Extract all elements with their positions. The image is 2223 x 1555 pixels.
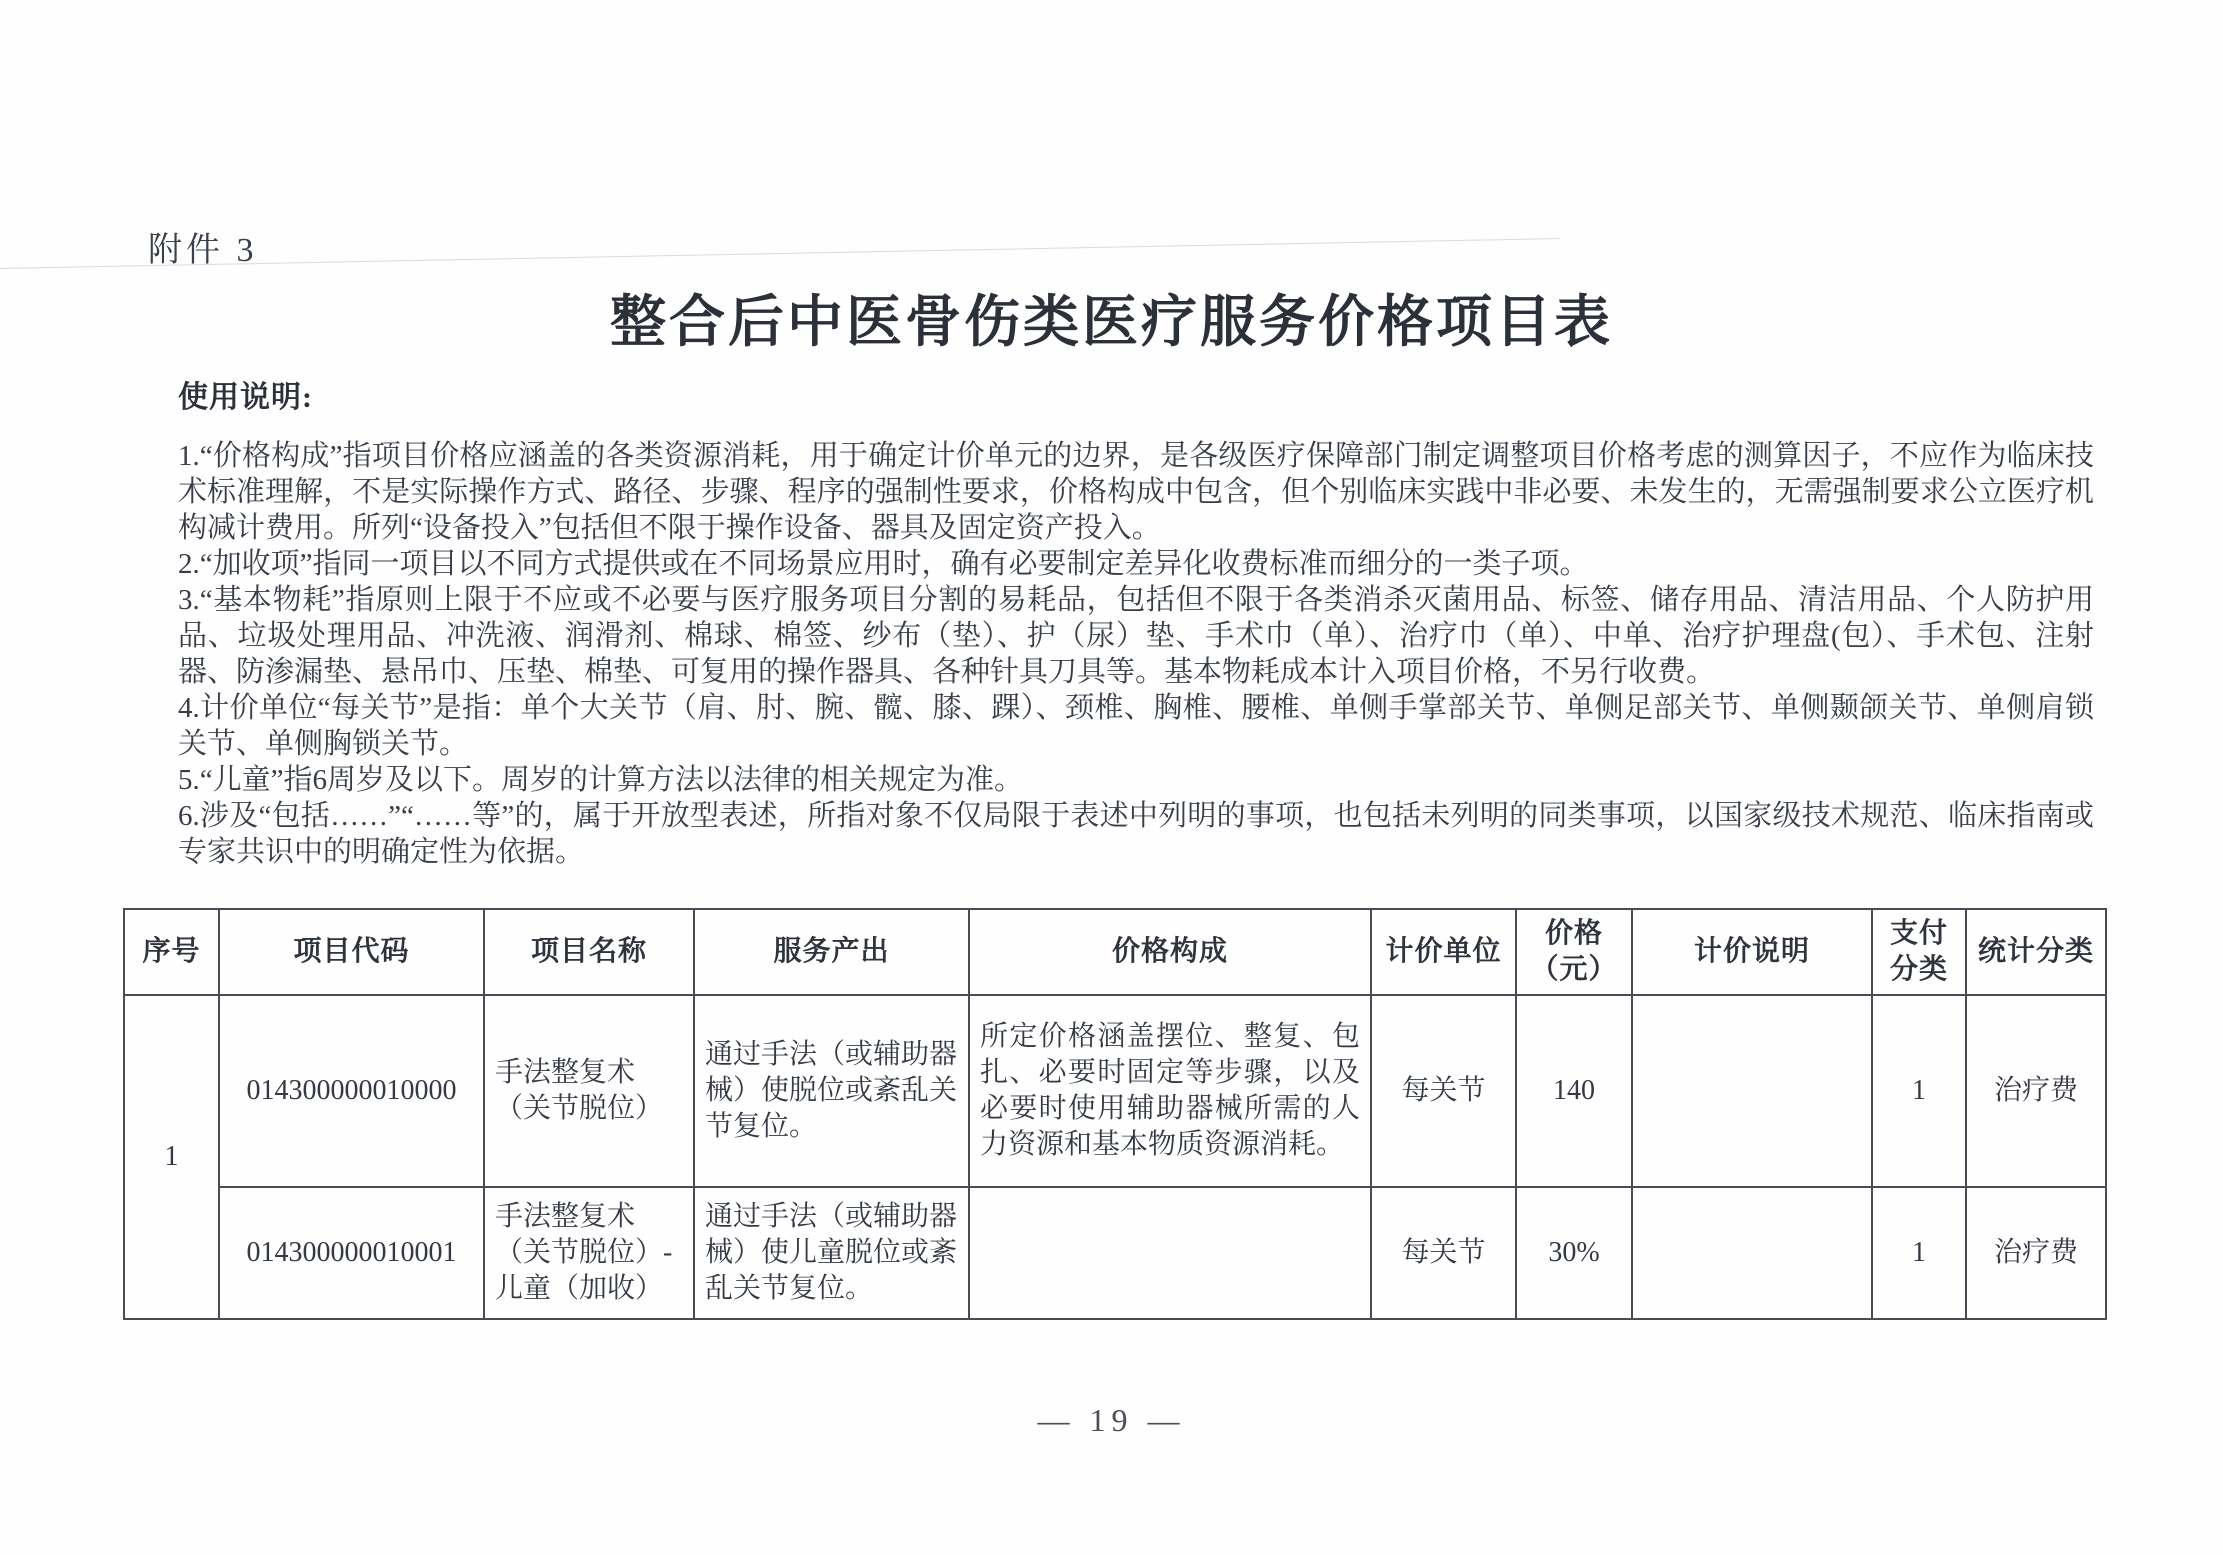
instruction-item-6: 6.涉及“包括……”“……等”的，属于开放型表述，所指对象不仅局限于表述中列明的… [178,798,2094,870]
cell-statistic-category: 治疗费 [1966,1187,2106,1319]
cell-service-output: 通过手法（或辅助器械）使儿童脱位或紊乱关节复位。 [694,1187,969,1319]
cell-statistic-category: 治疗费 [1966,995,2106,1187]
header-price-yuan: 价格（元） [1516,909,1632,995]
table-header-row: 序号 项目代码 项目名称 服务产出 价格构成 计价单位 价格（元） 计价说明 支… [124,909,2106,995]
cell-seq: 1 [124,995,219,1319]
instruction-item-3: 3.“基本物耗”指原则上限于不应或不必要与医疗服务项目分割的易耗品，包括但不限于… [178,582,2094,690]
cell-pricing-unit: 每关节 [1371,1187,1516,1319]
cell-item-code: 014300000010000 [219,995,484,1187]
cell-item-code: 014300000010001 [219,1187,484,1319]
cell-price-composition: 所定价格涵盖摆位、整复、包扎、必要时固定等步骤，以及必要时使用辅助器械所需的人力… [969,995,1371,1187]
header-item-name: 项目名称 [484,909,694,995]
header-statistic-category: 统计分类 [1966,909,2106,995]
header-pricing-note: 计价说明 [1632,909,1872,995]
header-payment-category: 支付分类 [1872,909,1966,995]
instruction-item-5: 5.“儿童”指6周岁及以下。周岁的计算方法以法律的相关规定为准。 [178,762,2094,798]
cell-item-name: 手法整复术（关节脱位）-儿童（加收） [484,1187,694,1319]
cell-price: 140 [1516,995,1632,1187]
price-items-table: 序号 项目代码 项目名称 服务产出 价格构成 计价单位 价格（元） 计价说明 支… [123,908,2107,1320]
instruction-item-4: 4.计价单位“每关节”是指：单个大关节（肩、肘、腕、髋、膝、踝）、颈椎、胸椎、腰… [178,690,2094,762]
header-seq: 序号 [124,909,219,995]
cell-service-output: 通过手法（或辅助器械）使脱位或紊乱关节复位。 [694,995,969,1187]
table-row: 1 014300000010000 手法整复术（关节脱位） 通过手法（或辅助器械… [124,995,2106,1187]
usage-instructions: 使用说明: 1.“价格构成”指项目价格应涵盖的各类资源消耗，用于确定计价单元的边… [178,372,2094,870]
instructions-heading: 使用说明: [178,372,2094,416]
page-title: 整合后中医骨伤类医疗服务价格项目表 [0,278,2223,358]
page-number: — 19 — [0,1402,2223,1439]
attachment-label: 附件 3 [148,222,258,271]
instruction-item-2: 2.“加收项”指同一项目以不同方式提供或在不同场景应用时，确有必要制定差异化收费… [178,546,2094,582]
header-price-composition: 价格构成 [969,909,1371,995]
cell-pricing-unit: 每关节 [1371,995,1516,1187]
header-service-output: 服务产出 [694,909,969,995]
instruction-item-1: 1.“价格构成”指项目价格应涵盖的各类资源消耗，用于确定计价单元的边界，是各级医… [178,438,2094,546]
cell-payment-category: 1 [1872,995,1966,1187]
header-pricing-unit: 计价单位 [1371,909,1516,995]
cell-pricing-note [1632,1187,1872,1319]
cell-item-name: 手法整复术（关节脱位） [484,995,694,1187]
cell-price: 30% [1516,1187,1632,1319]
header-item-code: 项目代码 [219,909,484,995]
document-page: 附件 3 整合后中医骨伤类医疗服务价格项目表 使用说明: 1.“价格构成”指项目… [0,0,2223,1555]
cell-price-composition [969,1187,1371,1319]
cell-pricing-note [1632,995,1872,1187]
table-row: 014300000010001 手法整复术（关节脱位）-儿童（加收） 通过手法（… [124,1187,2106,1319]
cell-payment-category: 1 [1872,1187,1966,1319]
